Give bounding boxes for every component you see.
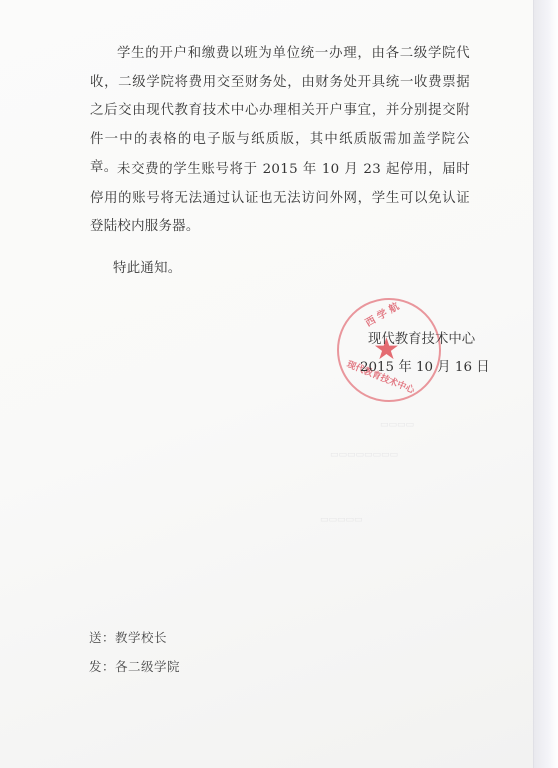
bleed-through-text: ▭▭▭▭ <box>380 420 414 430</box>
signature-block: 现代教育技术中心 2015 年 10 月 16 日 <box>360 326 490 382</box>
paragraph-account-suspension: 未交费的学生账号将于 2015 年 10 月 23 起停用，届时停用的账号将无法… <box>90 156 470 242</box>
paragraph-closing: 特此通知。 <box>113 255 493 284</box>
signature-organization: 现代教育技术中心 <box>360 326 490 354</box>
seal-top-text: 西 学 航 <box>362 298 402 329</box>
distribution-to: 送：教学校长 <box>89 628 167 646</box>
distribution-issued: 发：各二级学院 <box>89 657 180 675</box>
page-edge <box>533 0 558 768</box>
bleed-through-text: ▭▭▭▭▭ <box>320 515 363 525</box>
signature-date: 2015 年 10 月 16 日 <box>360 354 490 382</box>
bleed-through-text: ▭▭▭▭▭▭▭▭ <box>330 450 398 460</box>
document-page: 学生的开户和缴费以班为单位统一办理，由各二级学院代收，二级学院将费用交至财务处，… <box>0 0 536 768</box>
